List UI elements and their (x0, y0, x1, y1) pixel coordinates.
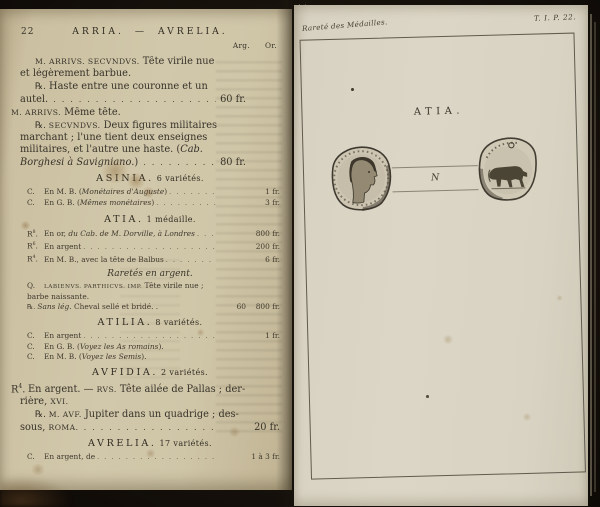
plate-title: ATIA. (302, 103, 575, 121)
text-run: rière, (20, 396, 50, 407)
variety-count: 8 variétés. (152, 318, 202, 327)
line-text: En G. B. (Voyez les As romains). (44, 342, 164, 352)
catalog-line: R6.En argent. . . . . . . . . . . . . . … (20, 240, 280, 253)
metal-mark: N (431, 172, 440, 183)
foxing-spot (30, 464, 46, 475)
text-run: En argent (44, 331, 81, 340)
price-gold: 1 fr. (246, 187, 280, 197)
reverse-coin-engraving (474, 134, 542, 204)
catalog-block: R4.En argent. — RVS. Tête ailée de Palla… (20, 381, 280, 408)
price-gold: 3 fr. (246, 198, 280, 208)
coin-link-lines: N (392, 165, 479, 192)
catalog-line: C.En argent. . . . . . . . . . . . . . .… (20, 331, 280, 342)
price-silver: 60 (218, 302, 246, 312)
line-text: ℞. Sans lég. Cheval sellé et bridé. . (27, 302, 161, 312)
text-run: M. ARRIVS. SECVNDVS. (35, 57, 140, 66)
section-heading: ATIA. 1 médaille. (20, 214, 280, 225)
price-gold: 1 fr. (246, 331, 280, 341)
line-text: En argent (44, 331, 81, 341)
price-gold: 800 fr. (246, 229, 280, 239)
dot-leader: . . . . . . . . . . . . . . . . . . . . … (143, 156, 216, 168)
catalog-block: ℞. Haste entre une couronne et unautel. … (20, 81, 280, 106)
line-text: ℞. SECVNDVS. Deux figures militaires (35, 120, 217, 132)
catalog-line: R4.En argent. — RVS. Tête ailée de Palla… (11, 381, 280, 396)
catalog-line: ℞. M. AVF. Jupiter dans un quadrige ; de… (20, 409, 280, 421)
page-edge-line (594, 22, 596, 492)
page-header: 22 ARRIA. — AVRELIA. (20, 26, 280, 39)
text-run: Deux figures militaires (101, 120, 218, 131)
catalog-block: M. ARRIVS. Même tête. (20, 107, 280, 119)
price-silver: 80 fr. (218, 157, 246, 169)
dot-leader: . . . . . . . . . . . . . . . . . . . . … (53, 93, 216, 105)
text-run: ) (164, 187, 167, 196)
text-run: En M. B., avec la tête de Balbus (44, 255, 164, 264)
text-run: ROMA. (49, 423, 79, 432)
catalog-text: M. ARRIVS. SECVNDVS. Tête virile nueet l… (20, 56, 280, 463)
catalog-line: R8.En or, du Cab. de M. Dorville, à Lond… (20, 228, 280, 241)
rarity-mark: C. (27, 331, 44, 341)
text-run: autel. (20, 94, 51, 105)
catalog-line: ℞. Haste entre une couronne et un (20, 81, 280, 93)
text-run: Voyez les As romains (80, 342, 159, 351)
line-text: ℞. M. AVF. Jupiter dans un quadrige ; de… (35, 409, 239, 421)
catalog-line: rière, XVI. (20, 396, 280, 408)
text-run: Tête ailée de Pallas ; der- (117, 384, 246, 395)
price-gold: 6 fr. (246, 255, 280, 265)
catalog-block: M. ARRIVS. SECVNDVS. Tête virile nueet l… (20, 56, 280, 80)
text-run: SECVNDVS. (49, 121, 101, 130)
catalog-line: C.En argent, de. . . . . . . . . . . . .… (20, 452, 280, 463)
rarity-mark: R4. (27, 253, 44, 265)
dot-leader: . . . . . . . . . . . . . . . . . . . . … (97, 453, 216, 463)
price-gold: 20 fr. (246, 422, 280, 434)
variety-count: 2 variétés. (158, 368, 208, 377)
text-run: Même tête. (61, 107, 121, 118)
rarity-mark: C. (27, 187, 44, 197)
rarity-mark: R6. (27, 240, 44, 252)
text-run: ℞. (35, 121, 49, 131)
text-run: et légèrement barbue. (20, 68, 131, 79)
subsection-heading: Raretés en argent. (20, 269, 280, 279)
book-photo: 22 ARRIA. — AVRELIA. Arg. Or. M. ARRIVS.… (0, 0, 600, 507)
line-text: barbe naissante. (27, 292, 89, 302)
gens-name: ATIA. (104, 214, 144, 225)
rarity-mark: C. (27, 342, 44, 352)
text-run: Cheval sellé et bridé. . (72, 302, 161, 311)
catalog-line: ℞. Sans lég. Cheval sellé et bridé. . 60… (20, 302, 280, 312)
catalog-line: Q.LABIENVS. PARTHICVS. IMP. Tête virile … (20, 281, 280, 292)
catalog-line: C.En M. B. (Voyez les Semis). (20, 352, 280, 362)
dot-leader: . . . . . . . . . . . . . . . . . . . . … (83, 332, 216, 342)
page-edge-line (590, 14, 592, 496)
page-number: 22 (21, 27, 34, 37)
catalog-line: R4.En M. B., avec la tête de Balbus. . .… (20, 253, 280, 266)
catalog-block: Q.LABIENVS. PARTHICVS. IMP. Tête virile … (20, 281, 280, 313)
line-text: En or, du Cab. de M. Dorville, à Londres (44, 229, 195, 239)
catalog-line: C.En G. B. (Voyez les As romains). (20, 342, 280, 352)
text-run: ). (158, 342, 163, 351)
rarity-mark: C. (27, 452, 44, 462)
text-run: En or, (44, 229, 68, 238)
price-gold: 800 fr. (246, 302, 280, 312)
rarity-mark: C. (27, 198, 44, 208)
section-heading: AVFIDIA. 2 variétés. (20, 367, 280, 378)
text-run: ) (134, 157, 141, 168)
text-run: RVS. (97, 385, 117, 394)
catalog-line: sous, ROMA. . . . . . . . . . . . . . . … (20, 421, 280, 434)
line-text: M. ARRIVS. Même tête. (11, 107, 121, 119)
text-run: M. ARRIVS. (11, 108, 61, 117)
catalog-block: C.En argent. . . . . . . . . . . . . . .… (20, 331, 280, 363)
text-run: En M. B. ( (44, 187, 82, 196)
gens-name: ATILIA. (98, 317, 153, 328)
section-heading: ASINIA. 6 variétés. (20, 173, 280, 184)
text-run: ). (141, 352, 146, 361)
rarity-mark: R4. (11, 381, 28, 396)
line-text: Borghesi à Savigniano.) (20, 157, 141, 169)
text-run: Mêmes monétaires (80, 198, 152, 207)
column-or: Or. (265, 41, 277, 51)
right-page-plate: Rareté des Médailles. T. I. P. 22. ATIA.… (294, 5, 588, 506)
catalog-block: ℞. M. AVF. Jupiter dans un quadrige ; de… (20, 409, 280, 434)
gens-name: AVRELIA. (88, 438, 157, 449)
catalog-block: C.En M. B. (Monétaires d'Auguste). . . .… (20, 187, 280, 210)
text-run: Tête virile nue ; (142, 281, 203, 290)
line-text: En argent (44, 242, 81, 252)
left-page: 22 ARRIA. — AVRELIA. Arg. Or. M. ARRIVS.… (0, 9, 292, 490)
text-run: XVI. (50, 397, 68, 406)
line-text: En argent. — RVS. Tête ailée de Pallas ;… (28, 384, 245, 396)
text-run: Jupiter dans un quadrige ; des- (82, 409, 239, 420)
dot-leader: . . . . . . . . . . . . . . . . . . . . … (83, 243, 216, 253)
line-text: En M. B., avec la tête de Balbus (44, 255, 164, 265)
price-silver: 60 fr. (218, 94, 246, 106)
text-run: Tête virile nue (140, 56, 215, 67)
text-run: M. AVF. (49, 410, 82, 419)
line-text: LABIENVS. PARTHICVS. IMP. Tête virile nu… (44, 281, 203, 292)
gens-name: AVFIDIA. (92, 367, 158, 378)
obverse-coin-engraving (328, 144, 396, 214)
line-text: En argent, de (44, 452, 95, 462)
line-text: En G. B. (Mêmes monétaires) (44, 198, 154, 208)
running-title: ARRIA. — AVRELIA. (20, 26, 280, 37)
text-run: ) (151, 198, 154, 207)
gens-name: ASINIA. (96, 173, 154, 184)
catalog-line: C.En G. B. (Mêmes monétaires). . . . . .… (20, 198, 280, 209)
text-run: ℞. (35, 410, 49, 420)
line-text: ℞. Haste entre une couronne et un (35, 81, 208, 93)
text-run: En G. B. ( (44, 198, 80, 207)
line-text: En M. B. (Voyez les Semis). (44, 352, 146, 362)
variety-count: 6 variétés. (154, 174, 204, 183)
text-run: marchant ; l'une tient deux enseignes (20, 132, 207, 143)
catalog-line: Borghesi à Savigniano.) . . . . . . . . … (20, 156, 280, 169)
dot-leader: . . . . . . . . . . . . . . . . . . . . … (169, 188, 216, 198)
line-text: autel. (20, 94, 51, 106)
dot-leader: . . . . . . . . . . . . . . . . . . . . … (166, 256, 216, 266)
plate-frame: ATIA. N (300, 33, 586, 480)
text-run (78, 422, 81, 433)
line-text: En M. B. (Monétaires d'Auguste) (44, 187, 167, 197)
catalog-line: ℞. SECVNDVS. Deux figures militaires (20, 120, 280, 132)
catalog-line: et légèrement barbue. (20, 68, 280, 80)
catalog-block: ℞. SECVNDVS. Deux figures militairesmarc… (20, 120, 280, 169)
text-run: Borghesi à Savigniano. (20, 157, 134, 168)
price-gold: 1 à 3 fr. (246, 452, 280, 462)
dot-leader: . . . . . . . . . . . . . . . . . . . . … (156, 199, 216, 209)
catalog-block: R8.En or, du Cab. de M. Dorville, à Lond… (20, 228, 280, 266)
catalog-line: C.En M. B. (Monétaires d'Auguste). . . .… (20, 187, 280, 198)
catalog-line: autel. . . . . . . . . . . . . . . . . .… (20, 93, 280, 106)
text-run: Monétaires d'Auguste (82, 187, 164, 196)
text-run: Sans lég. (37, 302, 71, 311)
text-run: En argent. — (28, 384, 97, 395)
text-run: barbe naissante. (27, 292, 89, 301)
variety-count: 1 médaille. (144, 215, 196, 224)
section-heading: AVRELIA. 17 variétés. (20, 438, 280, 449)
line-text: et légèrement barbue. (20, 68, 131, 80)
line-text: M. ARRIVS. SECVNDVS. Tête virile nue (35, 56, 214, 68)
section-heading: ATILIA. 8 variétés. (20, 317, 280, 328)
text-run: ℞. (35, 82, 46, 92)
text-run: Haste entre une couronne et un (46, 81, 208, 92)
text-run: militaires, et l'autre une haste. ( (20, 144, 180, 155)
column-arg: Arg. (233, 41, 250, 51)
line-text: sous, ROMA. (20, 422, 82, 434)
text-run: En argent (44, 242, 81, 251)
text-run: du Cab. de M. Dorville, à Londres (68, 229, 195, 238)
catalog-block: C.En argent, de. . . . . . . . . . . . .… (20, 452, 280, 463)
series-note: Rareté des Médailles. (302, 17, 388, 33)
dot-leader: . . . . . . . . . . . . . . . . . . . . … (197, 230, 216, 240)
book-cover-edge (0, 476, 72, 507)
text-run: LABIENVS. PARTHICVS. IMP. (44, 284, 142, 290)
rarity-mark: Q. (27, 281, 44, 291)
text-run: sous, (20, 422, 49, 433)
text-run: Cab. (180, 144, 203, 155)
catalog-line: M. ARRIVS. Même tête. (11, 107, 280, 119)
variety-count: 17 variétés. (157, 439, 212, 448)
text-run: En G. B. ( (44, 342, 80, 351)
catalog-line: militaires, et l'autre une haste. (Cab. (20, 144, 280, 156)
line-text: militaires, et l'autre une haste. (Cab. (20, 144, 203, 156)
catalog-line: M. ARRIVS. SECVNDVS. Tête virile nue (20, 56, 280, 68)
text-run: ℞. (27, 303, 37, 311)
line-text: rière, XVI. (20, 396, 69, 408)
text-run: En M. B. ( (44, 352, 82, 361)
plate-reference: T. I. P. 22. (534, 12, 577, 22)
catalog-line: marchant ; l'une tient deux enseignes (20, 132, 280, 144)
price-gold: 200 fr. (246, 242, 280, 252)
catalog-line: barbe naissante. (20, 292, 280, 302)
rarity-mark: C. (27, 352, 44, 362)
text-run: Voyez les Semis (82, 352, 141, 361)
line-text: marchant ; l'une tient deux enseignes (20, 132, 207, 144)
rarity-mark: R8. (27, 228, 44, 240)
price-column-headers: Arg. Or. (20, 41, 280, 51)
text-run: En argent, de (44, 452, 95, 461)
dot-leader: . . . . . . . . . . . . . . . . . . . . … (84, 421, 216, 433)
